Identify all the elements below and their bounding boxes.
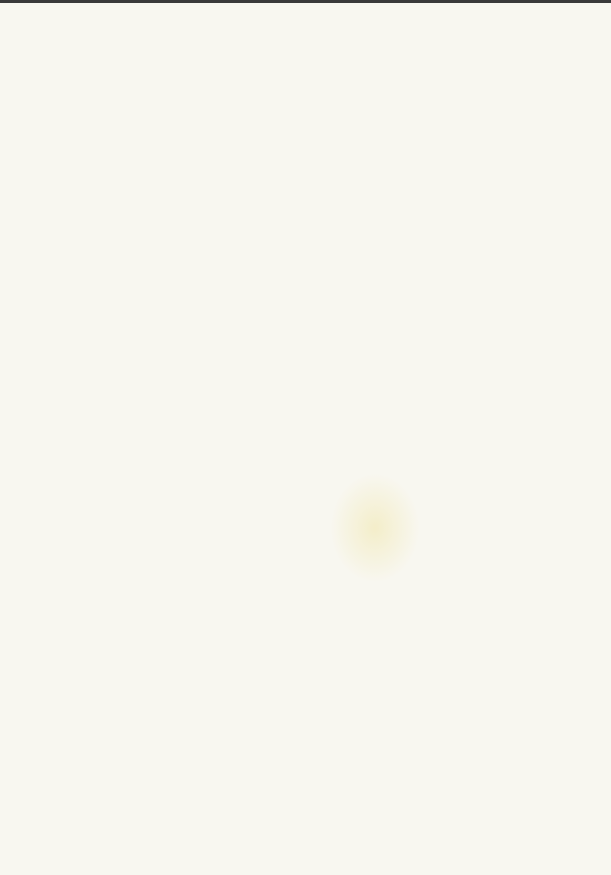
- typewritten-page: [0, 3, 611, 875]
- paper-stain: [330, 473, 420, 583]
